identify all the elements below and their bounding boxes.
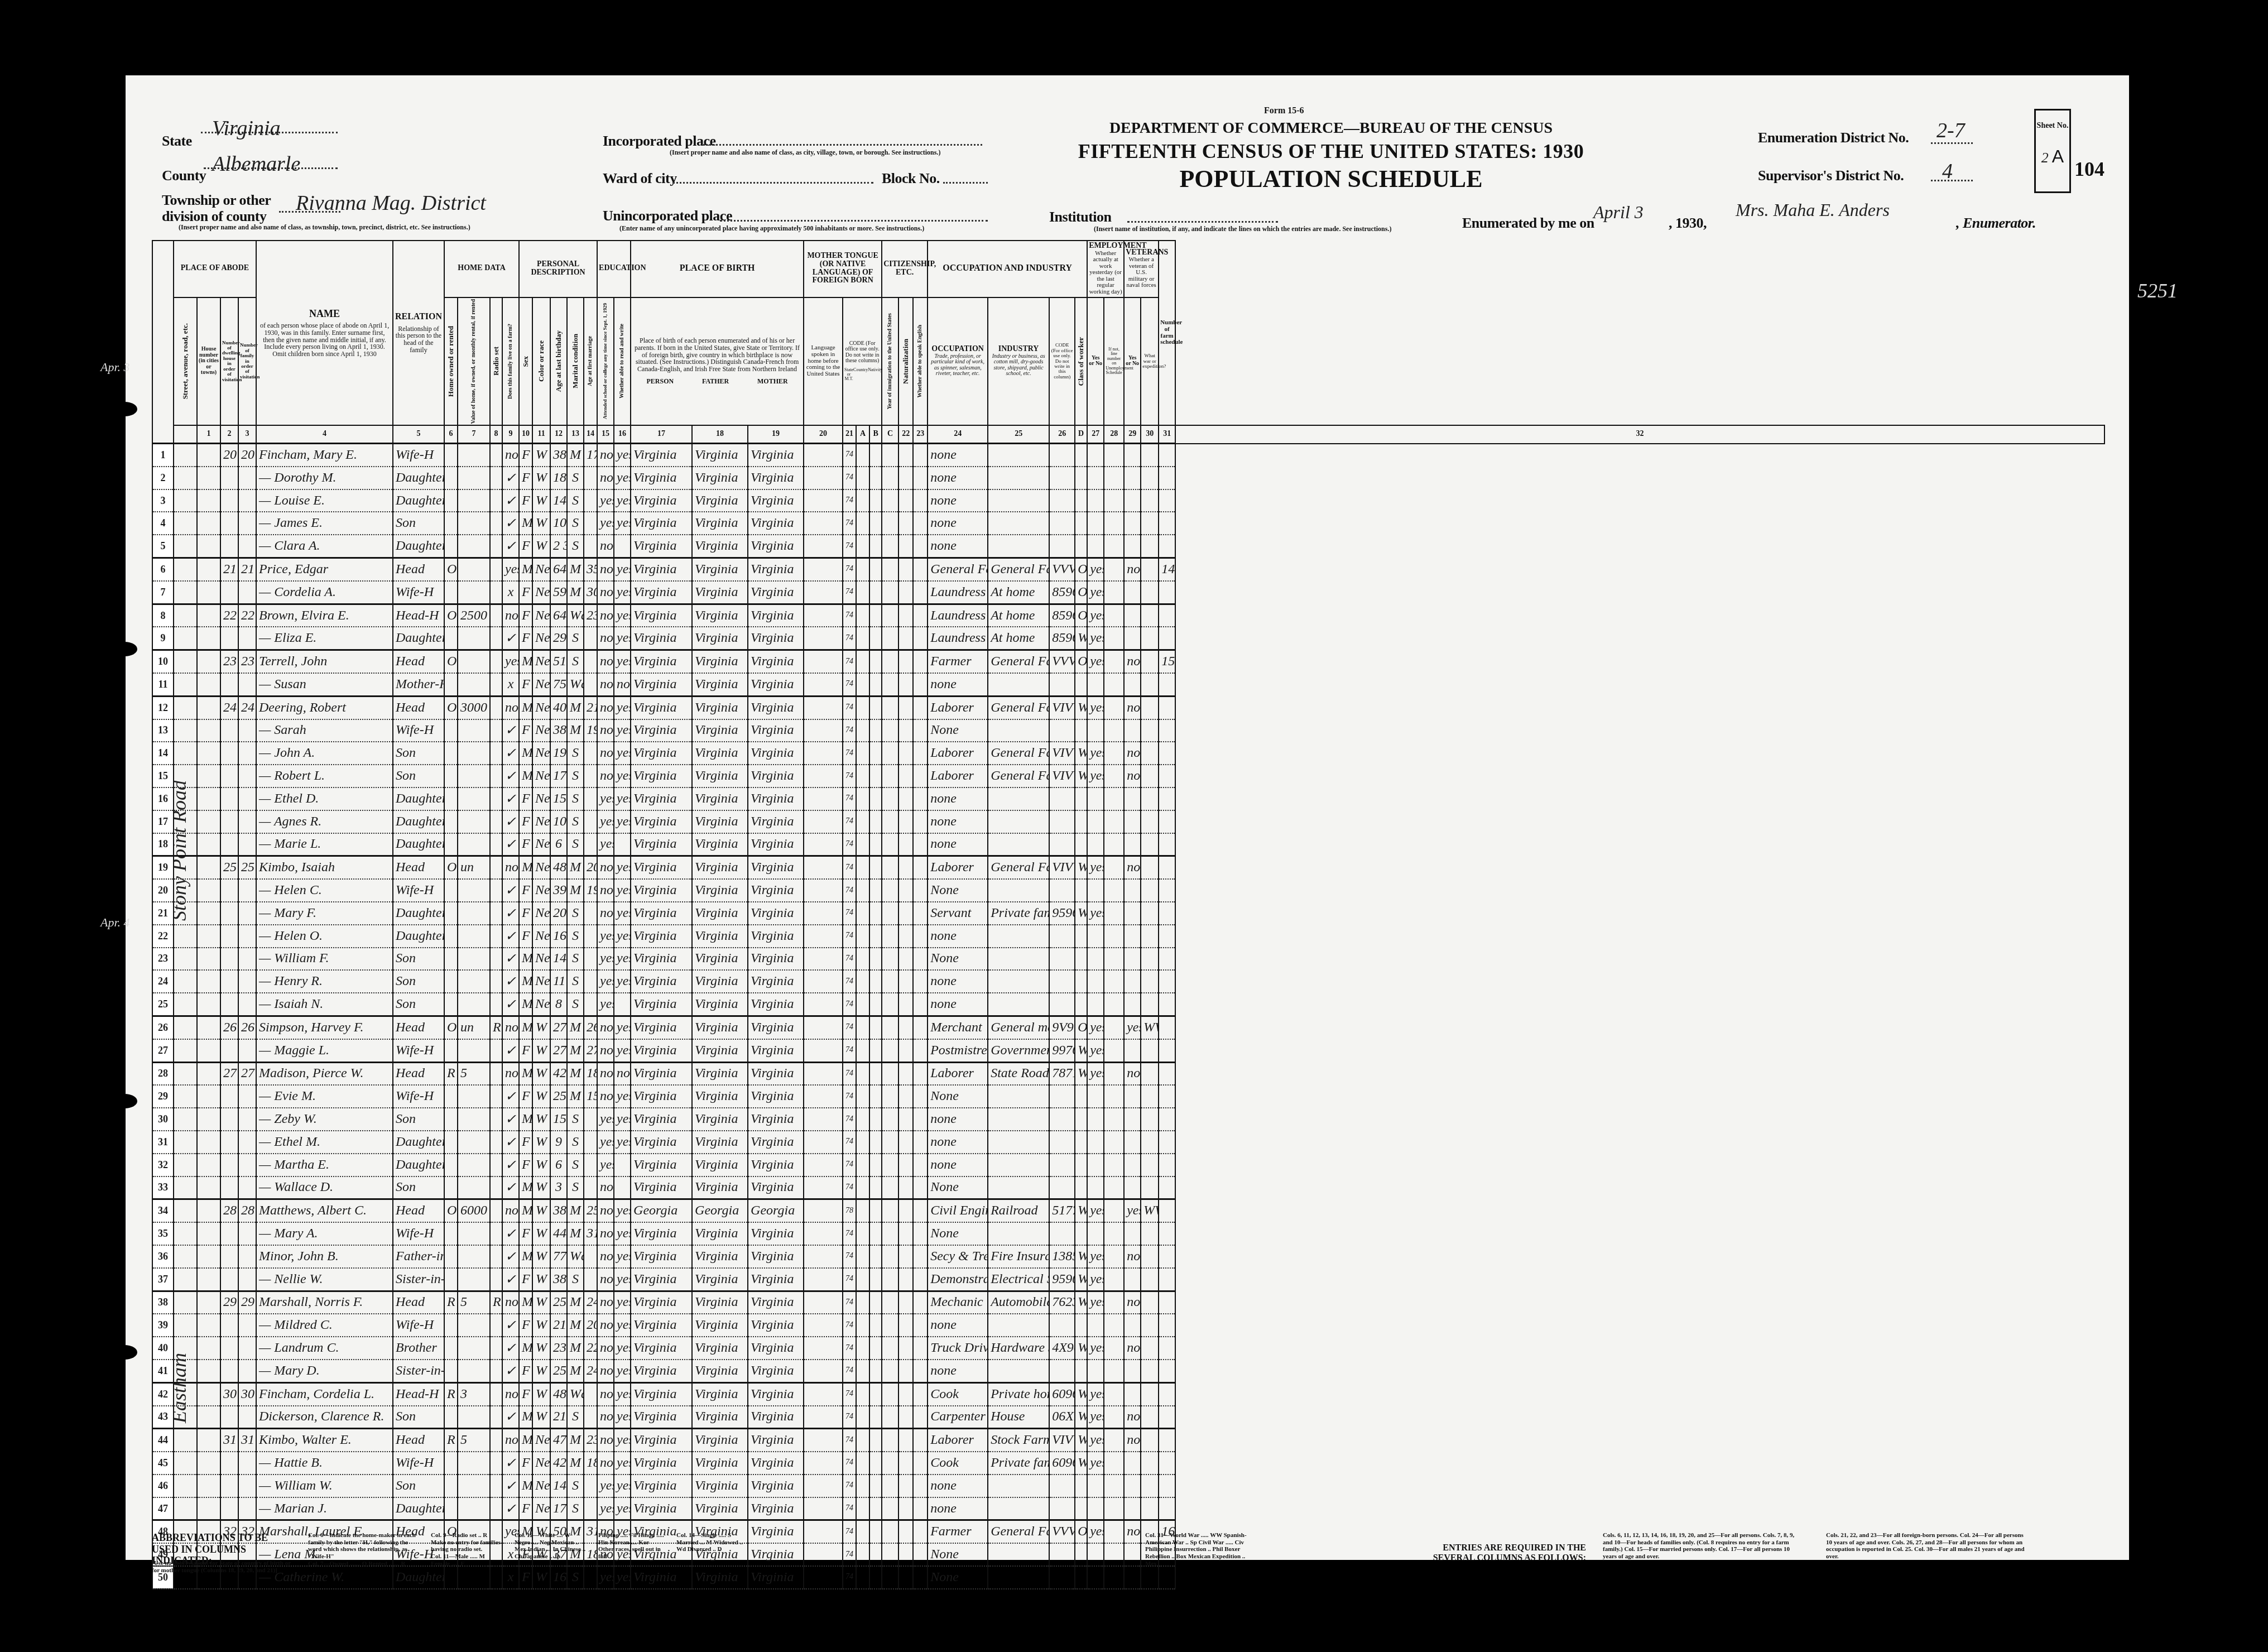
cell-read: yes	[614, 742, 631, 765]
cell-mbp: Virginia	[748, 810, 804, 833]
population-table-container: PLACE OF ABODE NAMEof each person whose …	[152, 240, 2105, 1518]
cell-sch: no	[597, 1016, 614, 1039]
cell-war	[1141, 1131, 1159, 1154]
cell-nat	[898, 1176, 913, 1199]
cell-read: yes	[614, 1222, 631, 1245]
cell-unemp	[1104, 467, 1124, 489]
cell-lang	[804, 535, 843, 558]
cell-val	[458, 1268, 490, 1291]
cell-bp: Virginia	[631, 512, 692, 535]
cell-name: — Mildred C.	[256, 1314, 393, 1337]
unincorporated-label: Unincorporated place	[603, 208, 732, 224]
cell-fam	[238, 581, 256, 604]
cell-farm: no	[502, 444, 519, 467]
cell-age: 27	[550, 1039, 567, 1062]
cell-read: yes	[614, 1039, 631, 1062]
cell-house	[197, 1016, 220, 1039]
cell-ind	[988, 673, 1049, 696]
cell-b	[856, 673, 869, 696]
cell-mar: M	[567, 856, 584, 879]
cell-vet	[1124, 833, 1141, 856]
line-number: 12	[152, 696, 174, 719]
cell-val: 5	[458, 1062, 490, 1085]
cell-occ: None	[928, 719, 988, 742]
cell-bp: Virginia	[631, 650, 692, 673]
cell-sch: no	[597, 1406, 614, 1429]
cell-agem: 19	[584, 879, 597, 902]
cell-radio	[490, 1337, 502, 1360]
cell-dcode	[1049, 719, 1075, 742]
table-row: 35— Mary A.Wife-H✓FW44M31noyesVirginiaVi…	[152, 1222, 2104, 1245]
cell-farmno: 15	[1159, 650, 1175, 673]
cell-imm	[882, 1382, 898, 1405]
entries-list-b: Cols. 21, 22, and 23—For all foreign-bor…	[1826, 1532, 2027, 1560]
cell-occ: none	[928, 993, 988, 1016]
cell-sch: no	[597, 604, 614, 627]
cell-c	[869, 535, 882, 558]
cell-nat	[898, 696, 913, 719]
cell-lang	[804, 1062, 843, 1085]
cell-mar: S	[567, 489, 584, 512]
cell-own	[444, 902, 458, 925]
table-row: 25— Isaiah N.Son✓MNeg8SyesVirginiaVirgin…	[152, 993, 2104, 1016]
cell-mar: M	[567, 1429, 584, 1452]
cell-street	[174, 1268, 197, 1291]
cell-fam	[238, 1268, 256, 1291]
cell-name: — Agnes R.	[256, 810, 393, 833]
cell-c	[869, 558, 882, 581]
cell-radio	[490, 444, 502, 467]
cell-dw: 23	[220, 650, 238, 673]
cell-agem	[584, 627, 597, 650]
cell-farmno	[1159, 467, 1175, 489]
cell-name: — Marie L.	[256, 833, 393, 856]
cell-fbp: Virginia	[692, 1062, 748, 1085]
cell-radio	[490, 902, 502, 925]
cell-lang	[804, 1429, 843, 1452]
cell-dw	[220, 1176, 238, 1199]
cell-race: Neg	[532, 765, 550, 787]
cell-occ: Laundress	[928, 627, 988, 650]
cell-code: 74	[843, 1406, 856, 1429]
cell-war	[1141, 1314, 1159, 1337]
cell-vet	[1124, 581, 1141, 604]
cell-race: W	[532, 1131, 550, 1154]
table-row: 47— Marian J.Daughter✓FNeg17SyesyesVirgi…	[152, 1497, 2104, 1520]
cell-fam	[238, 765, 256, 787]
cell-name: — Susan	[256, 673, 393, 696]
cell-dcode	[1049, 948, 1075, 971]
cell-fam	[238, 810, 256, 833]
cell-val	[458, 489, 490, 512]
cell-fbp: Virginia	[692, 879, 748, 902]
unincorporated-line	[720, 220, 988, 222]
cell-cls: W	[1075, 742, 1087, 765]
cell-name: — Maggie L.	[256, 1039, 393, 1062]
table-row: 39— Mildred C.Wife-H✓FW21M20noyesVirgini…	[152, 1314, 2104, 1337]
cell-agem	[584, 810, 597, 833]
cell-lang	[804, 993, 843, 1016]
cell-own	[444, 948, 458, 971]
cell-mar: S	[567, 902, 584, 925]
cell-c	[869, 765, 882, 787]
cell-code: 74	[843, 787, 856, 810]
cell-fam	[238, 1337, 256, 1360]
cell-fam: 21	[238, 558, 256, 581]
cell-code: 74	[843, 489, 856, 512]
cell-house	[197, 879, 220, 902]
cell-own: R	[444, 1429, 458, 1452]
cell-eng	[913, 604, 928, 627]
cell-house	[197, 444, 220, 467]
cell-dcode	[1049, 1108, 1075, 1131]
cell-vet	[1124, 948, 1141, 971]
cell-name: — Henry R.	[256, 970, 393, 993]
cell-eng	[913, 1222, 928, 1245]
cell-mar: S	[567, 948, 584, 971]
column-number: 4	[256, 425, 393, 444]
cell-farmno	[1159, 1475, 1175, 1497]
line-number: 24	[152, 970, 174, 993]
cell-cls	[1075, 1176, 1087, 1199]
table-row: 62121Price, EdgarHeadOyesMNeg64M35noyesV…	[152, 558, 2104, 581]
cell-lang	[804, 810, 843, 833]
cell-imm	[882, 650, 898, 673]
entries-title: ENTRIES ARE REQUIRED IN THE SEVERAL COLU…	[1407, 1543, 1586, 1564]
cell-imm	[882, 833, 898, 856]
cell-bp: Virginia	[631, 535, 692, 558]
cell-own	[444, 1222, 458, 1245]
cell-lang	[804, 1176, 843, 1199]
cell-val: 3000	[458, 696, 490, 719]
cell-sex: M	[519, 1016, 532, 1039]
cell-val	[458, 810, 490, 833]
cell-bp: Virginia	[631, 673, 692, 696]
cell-dw	[220, 512, 238, 535]
table-row: 2— Dorothy M.Daughter✓FW18SnoyesVirginia…	[152, 467, 2104, 489]
cell-eng	[913, 719, 928, 742]
cell-ind: Government	[988, 1039, 1049, 1062]
cell-bp: Virginia	[631, 1291, 692, 1314]
cell-radio	[490, 1131, 502, 1154]
cell-name: — Ethel M.	[256, 1131, 393, 1154]
cell-farm: no	[502, 1291, 519, 1314]
cell-val	[458, 1360, 490, 1382]
cell-street	[174, 1016, 197, 1039]
col-radio-header: Radio set	[490, 297, 502, 426]
cell-vet: yes	[1124, 1199, 1141, 1222]
cell-read: yes	[614, 1452, 631, 1475]
cell-sex: M	[519, 742, 532, 765]
cell-radio	[490, 467, 502, 489]
cell-cls: W	[1075, 1452, 1087, 1475]
line-number: 18	[152, 833, 174, 856]
cell-rel: Daughter	[393, 1154, 444, 1176]
cell-nat	[898, 765, 913, 787]
cell-name: — Robert L.	[256, 765, 393, 787]
cell-street	[174, 535, 197, 558]
column-number: 32	[1175, 425, 2104, 444]
cell-fbp: Virginia	[692, 902, 748, 925]
cell-own	[444, 719, 458, 742]
cell-farmno	[1159, 696, 1175, 719]
cell-radio	[490, 1452, 502, 1475]
cell-name: — William F.	[256, 948, 393, 971]
county-label: County	[162, 167, 206, 184]
cell-street	[174, 1222, 197, 1245]
line-number: 27	[152, 1039, 174, 1062]
cell-read: yes	[614, 1131, 631, 1154]
cell-mbp: Virginia	[748, 1268, 804, 1291]
cell-vet	[1124, 902, 1141, 925]
column-number: 23	[913, 425, 928, 444]
line-number: 6	[152, 558, 174, 581]
cell-agem: 15	[584, 1085, 597, 1108]
cell-dw	[220, 1475, 238, 1497]
cell-work: yes	[1087, 1039, 1104, 1062]
cell-nat	[898, 467, 913, 489]
cell-sex: M	[519, 856, 532, 879]
cell-race: Neg	[532, 627, 550, 650]
cell-rel: Daughter	[393, 627, 444, 650]
cell-occ: Truck Driver	[928, 1337, 988, 1360]
cell-unemp	[1104, 833, 1124, 856]
cell-lang	[804, 650, 843, 673]
cell-unemp	[1104, 1406, 1124, 1429]
cell-name: — Wallace D.	[256, 1176, 393, 1199]
cell-imm	[882, 1245, 898, 1268]
cell-farmno	[1159, 879, 1175, 902]
cell-race: W	[532, 1016, 550, 1039]
cell-fbp: Virginia	[692, 489, 748, 512]
cell-unemp	[1104, 1062, 1124, 1085]
cell-war	[1141, 902, 1159, 925]
cell-farmno	[1159, 1291, 1175, 1314]
cell-unemp	[1104, 1475, 1124, 1497]
cell-lang	[804, 765, 843, 787]
cell-unemp	[1104, 1199, 1124, 1222]
cell-house	[197, 810, 220, 833]
table-row: 16— Ethel D.Daughter✓FNeg15SyesyesVirgin…	[152, 787, 2104, 810]
cell-radio	[490, 1062, 502, 1085]
cell-vet	[1124, 1108, 1141, 1131]
cell-vet: no	[1124, 765, 1141, 787]
cell-mar: S	[567, 1268, 584, 1291]
cell-code: 74	[843, 742, 856, 765]
line-number-header	[152, 241, 174, 444]
line-number: 45	[152, 1452, 174, 1475]
cell-mar: S	[567, 1108, 584, 1131]
cell-lang	[804, 1131, 843, 1154]
cell-fam	[238, 719, 256, 742]
cell-nat	[898, 810, 913, 833]
cell-rel: Daughter	[393, 489, 444, 512]
cell-farmno	[1159, 627, 1175, 650]
column-number: 19	[748, 425, 804, 444]
cell-fam: 29	[238, 1291, 256, 1314]
cell-val	[458, 558, 490, 581]
cell-sex: F	[519, 489, 532, 512]
cell-vet	[1124, 970, 1141, 993]
group-citizenship: CITIZENSHIP, ETC.	[882, 241, 928, 297]
cell-race: W	[532, 1245, 550, 1268]
cell-work	[1087, 1154, 1104, 1176]
cell-ind	[988, 444, 1049, 467]
cell-race: W	[532, 1176, 550, 1199]
cell-mbp: Virginia	[748, 673, 804, 696]
cell-cls	[1075, 444, 1087, 467]
cell-dcode: 5177	[1049, 1199, 1075, 1222]
cell-read: no	[614, 1062, 631, 1085]
cell-eng	[913, 810, 928, 833]
cell-work: yes	[1087, 1199, 1104, 1222]
cell-agem: 27	[584, 1039, 597, 1062]
cell-b	[856, 581, 869, 604]
cell-sex: F	[519, 1222, 532, 1245]
cell-read	[614, 993, 631, 1016]
cell-radio	[490, 810, 502, 833]
cell-eng	[913, 925, 928, 948]
cell-imm	[882, 1475, 898, 1497]
cell-fbp: Virginia	[692, 1154, 748, 1176]
column-number: 22	[898, 425, 913, 444]
cell-bp: Virginia	[631, 1039, 692, 1062]
cell-b	[856, 1131, 869, 1154]
cell-street	[174, 1131, 197, 1154]
cell-vet	[1124, 467, 1141, 489]
cell-war	[1141, 467, 1159, 489]
cell-lang	[804, 879, 843, 902]
cell-dw	[220, 948, 238, 971]
cell-unemp	[1104, 719, 1124, 742]
cell-occ: Merchant	[928, 1016, 988, 1039]
cell-rel: Son	[393, 1176, 444, 1199]
cell-house	[197, 696, 220, 719]
cell-sch: yes	[597, 1475, 614, 1497]
cell-mar: S	[567, 833, 584, 856]
cell-work	[1087, 1314, 1104, 1337]
cell-fam	[238, 512, 256, 535]
cell-b	[856, 856, 869, 879]
cell-farmno	[1159, 535, 1175, 558]
cell-rel: Head	[393, 696, 444, 719]
cell-nat	[898, 1222, 913, 1245]
cell-lang	[804, 1154, 843, 1176]
cell-dcode: VIVV	[1049, 856, 1075, 879]
cell-war	[1141, 1222, 1159, 1245]
cell-dcode	[1049, 833, 1075, 856]
cell-nat	[898, 970, 913, 993]
cell-sex: F	[519, 1131, 532, 1154]
cell-imm	[882, 787, 898, 810]
cell-read: no	[614, 673, 631, 696]
cell-fbp: Virginia	[692, 1497, 748, 1520]
cell-age: 38	[550, 1268, 567, 1291]
cell-occ: Cook	[928, 1382, 988, 1405]
line-number: 19	[152, 856, 174, 879]
cell-b	[856, 925, 869, 948]
cell-mar: S	[567, 810, 584, 833]
cell-dw	[220, 993, 238, 1016]
cell-ind: At home	[988, 627, 1049, 650]
cell-farm: ✓	[502, 1406, 519, 1429]
cell-lang	[804, 1245, 843, 1268]
cell-dcode	[1049, 489, 1075, 512]
cell-radio	[490, 787, 502, 810]
cell-nat	[898, 993, 913, 1016]
cell-dcode	[1049, 467, 1075, 489]
cell-ind: House	[988, 1406, 1049, 1429]
cell-mbp: Virginia	[748, 627, 804, 650]
cell-work: yes	[1087, 650, 1104, 673]
cell-house	[197, 512, 220, 535]
cell-nat	[898, 1062, 913, 1085]
cell-farmno	[1159, 512, 1175, 535]
table-row: 21— Mary F.Daughter✓FNeg20SnoyesVirginia…	[152, 902, 2104, 925]
cell-agem	[584, 1406, 597, 1429]
cell-farm: ✓	[502, 1475, 519, 1497]
cell-farmno	[1159, 765, 1175, 787]
cell-mar: S	[567, 1406, 584, 1429]
cell-farm: no	[502, 1016, 519, 1039]
cell-val	[458, 1245, 490, 1268]
cell-dcode	[1049, 512, 1075, 535]
cell-unemp	[1104, 650, 1124, 673]
cell-dcode	[1049, 1497, 1075, 1520]
column-number: 2	[220, 425, 238, 444]
cell-fbp: Virginia	[692, 925, 748, 948]
cell-race: W	[532, 1062, 550, 1085]
cell-age: 15	[550, 787, 567, 810]
line-number: 40	[152, 1337, 174, 1360]
cell-c	[869, 1108, 882, 1131]
cell-fam	[238, 970, 256, 993]
cell-unemp	[1104, 581, 1124, 604]
cell-fbp: Virginia	[692, 1452, 748, 1475]
cell-imm	[882, 558, 898, 581]
cell-radio	[490, 1360, 502, 1382]
cell-fam: 30	[238, 1382, 256, 1405]
cell-ind	[988, 1314, 1049, 1337]
col-veteran-header: Yes or No	[1124, 297, 1141, 426]
cell-cls: W	[1075, 1199, 1087, 1222]
cell-farmno	[1159, 1452, 1175, 1475]
cell-vet	[1124, 993, 1141, 1016]
cell-imm	[882, 925, 898, 948]
cell-val	[458, 1337, 490, 1360]
cell-cls: W	[1075, 902, 1087, 925]
cell-fbp: Virginia	[692, 719, 748, 742]
cell-work: yes	[1087, 1429, 1104, 1452]
cell-radio	[490, 925, 502, 948]
cell-street	[174, 1245, 197, 1268]
cell-sex: F	[519, 444, 532, 467]
cell-house	[197, 1337, 220, 1360]
line-number: 26	[152, 1016, 174, 1039]
cell-code: 74	[843, 535, 856, 558]
cell-vet	[1124, 810, 1141, 833]
cell-nat	[898, 1497, 913, 1520]
cell-cls: W	[1075, 1291, 1087, 1314]
cell-occ: Secy & Treas	[928, 1245, 988, 1268]
cell-eng	[913, 1176, 928, 1199]
cell-unemp	[1104, 604, 1124, 627]
cell-fbp: Virginia	[692, 535, 748, 558]
cell-agem: 24	[584, 1291, 597, 1314]
cell-work: yes	[1087, 1382, 1104, 1405]
cell-farm: ✓	[502, 1131, 519, 1154]
cell-imm	[882, 1062, 898, 1085]
